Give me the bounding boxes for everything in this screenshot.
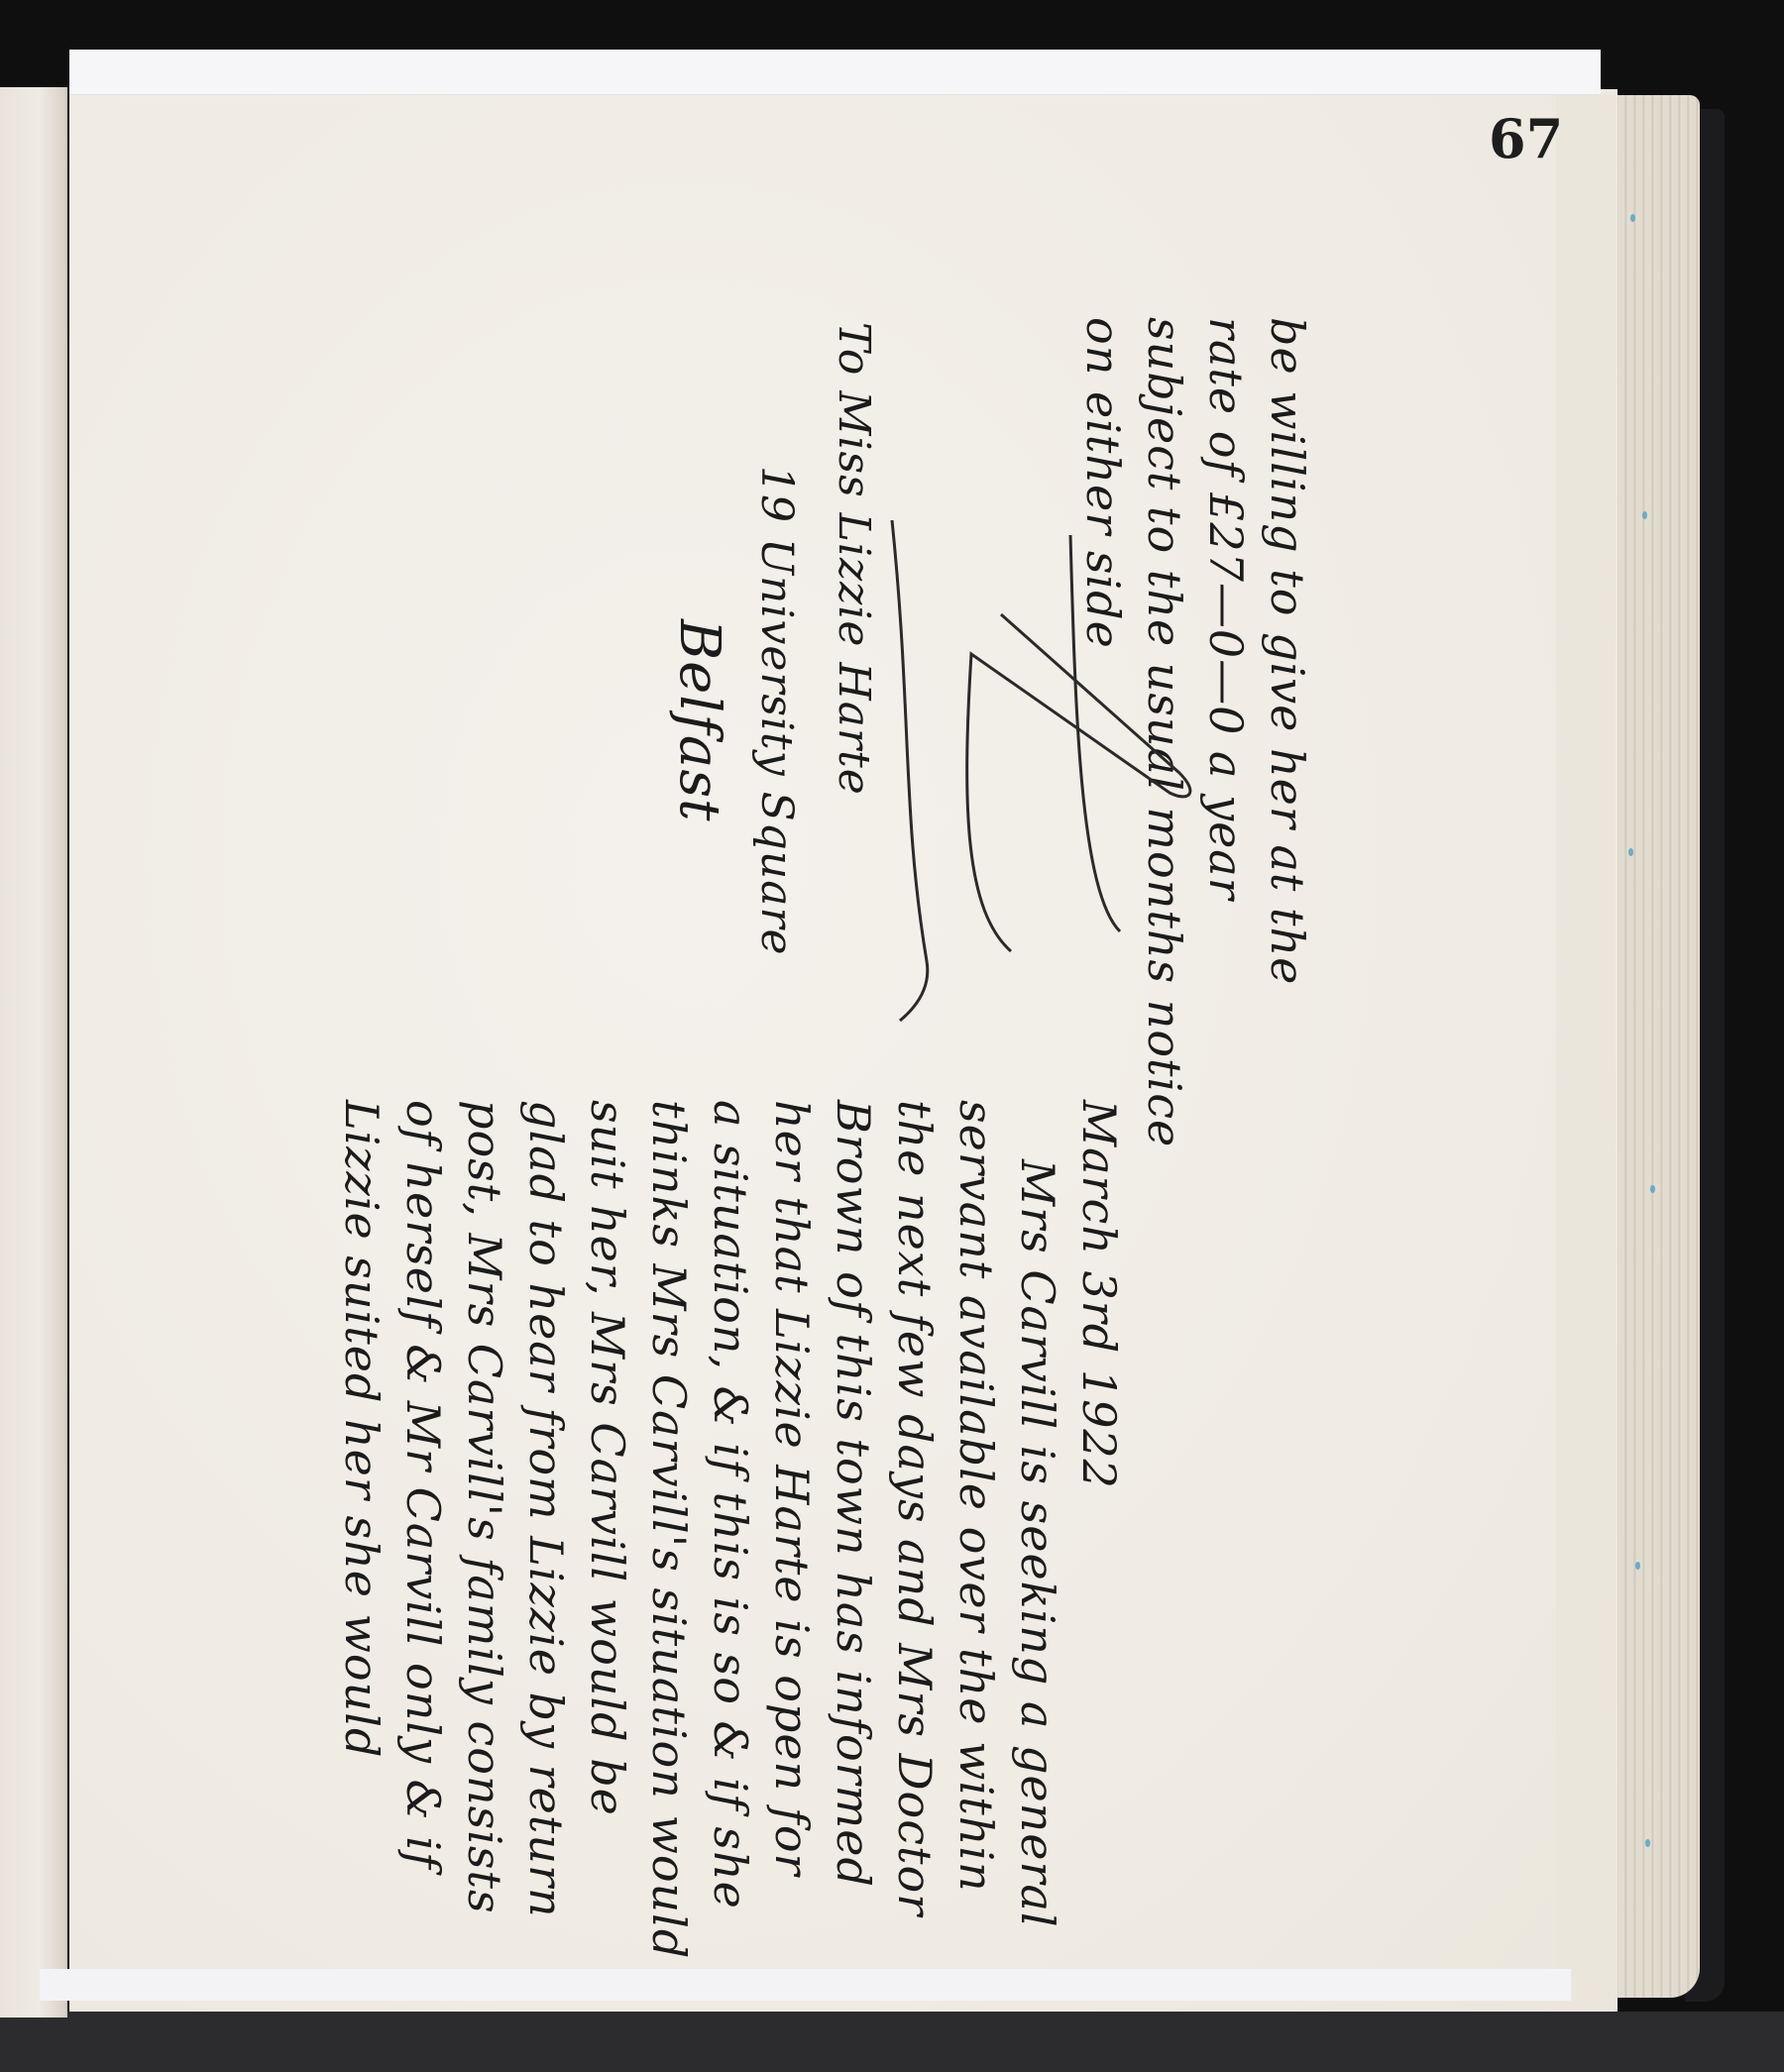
address-line: Belfast	[660, 322, 737, 956]
text-line: Lizzie suited her she would	[331, 1100, 392, 1959]
recipient-address: To Miss Lizzie Harte 19 University Squar…	[660, 322, 892, 956]
entry-date: March 3rd 1922	[1068, 1100, 1130, 1959]
text-line: Brown of this town has informed	[823, 1100, 884, 1959]
scan-strip-bottom	[40, 1969, 1571, 2001]
background-surface	[0, 2012, 1784, 2072]
scan-strip-top	[69, 50, 1601, 95]
text-line: of herself & Mr Carvill only & if	[392, 1100, 454, 1959]
text-line: servant available over the within	[946, 1100, 1007, 1959]
signature-flourish	[872, 515, 1288, 1031]
text-line: her that Lizzie Harte is open for	[761, 1100, 823, 1959]
text-line: the next few days and Mrs Doctor	[884, 1100, 946, 1959]
text-line: thinks Mrs Carvill's situation would	[638, 1100, 700, 1959]
text-line: Mrs Carvill is seeking a general	[1007, 1100, 1068, 1959]
text-line: a situation, & if this is so & if she	[700, 1100, 761, 1959]
page-number: 67	[1489, 107, 1563, 170]
facing-page-edge	[0, 87, 67, 2017]
address-line: 19 University Square	[737, 322, 815, 956]
text-line: suit her, Mrs Carvill would be	[577, 1100, 638, 1959]
page-fore-edge	[1556, 95, 1616, 1978]
text-line: post, Mrs Carvill's family consists	[454, 1100, 515, 1959]
dated-entry: March 3rd 1922 Mrs Carvill is seeking a …	[331, 1100, 1130, 1959]
address-line: To Miss Lizzie Harte	[815, 322, 892, 956]
text-line: glad to hear from Lizzie by return	[515, 1100, 577, 1959]
page-edge-stack	[1611, 95, 1700, 1998]
